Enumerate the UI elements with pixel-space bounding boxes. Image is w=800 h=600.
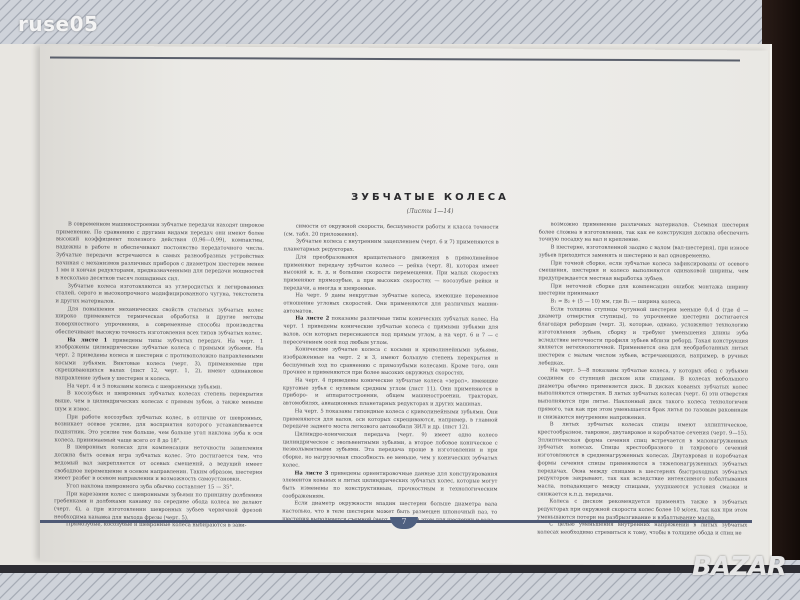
- text-column-2: симости от окружной скорости, бесшумност…: [282, 223, 499, 525]
- paragraph: В шестерне, изготовленной заодно с валом…: [539, 245, 749, 262]
- paragraph: На черт. 9 даны некруглые зубчатые колес…: [283, 293, 498, 317]
- paragraph: возможно применение различных материалов…: [539, 221, 749, 245]
- paragraph: В современном машиностроении зубчатые пе…: [56, 221, 264, 284]
- paragraph: В шевронных колесах для компенсации нето…: [54, 445, 262, 485]
- paragraph: На черт. 4 приведены конические зубчатые…: [283, 377, 498, 409]
- paragraph: Зубчатые колеса изготовляются из углерод…: [55, 283, 263, 308]
- document-subtitle: (Листы 1—14): [330, 208, 530, 215]
- text-column-3: возможно применение различных материалов…: [537, 221, 749, 538]
- text-column-1: В современном машиностроении зубчатые пе…: [54, 221, 264, 531]
- paragraph: Конические зубчатые колеса с косыми и кр…: [283, 347, 498, 379]
- paragraph: Прямозубые, косозубые и шевронные колеса…: [54, 522, 262, 531]
- paragraph: На черт. 5—8 показаны зубчатые колеса, у…: [538, 368, 748, 423]
- paragraph: На листе 1 приведены типы зубчатых перед…: [55, 337, 263, 385]
- paragraph: При работе косозубых зубчатых колес, в о…: [55, 414, 263, 446]
- watermark-bazar-logo: BAZAR: [692, 552, 786, 582]
- paragraph: Если толщина ступицы чугунной шестерни м…: [538, 306, 748, 369]
- paragraph: На листе 3 приведены ориентировочные дан…: [282, 470, 497, 502]
- paragraph: При неточной сборке для компенсации ошиб…: [538, 283, 748, 300]
- paragraph: В литых зубчатых колесах спицы имеют элл…: [537, 422, 747, 500]
- watermark-ruse05: ruse05: [18, 12, 98, 36]
- paragraph: На черт. 5 показаны гипоидные колеса с к…: [283, 408, 498, 432]
- paragraph: С целью уменьшения внутренних напряжений…: [537, 522, 747, 539]
- page-number: 7: [401, 517, 406, 526]
- paragraph: Цилиндро-коническая передача (черт. 9) и…: [282, 431, 497, 471]
- paragraph: На листе 2 показаны различные типы конич…: [283, 316, 498, 348]
- document-title: ЗУБЧАТЫЕ КОЛЕСА: [330, 192, 530, 203]
- page-bottom-shadow: [0, 565, 800, 573]
- paragraph: Для повышения механических свойств сталь…: [55, 306, 263, 338]
- paragraph: В косозубых и шевронных зубчатых колесах…: [55, 391, 263, 416]
- paragraph: При нарезании колес с шевронными зубьями…: [54, 491, 262, 523]
- paragraph: симости от окружной скорости, бесшумност…: [284, 223, 499, 240]
- paragraph: Зубчатые колеса с внутренним зацеплением…: [284, 239, 499, 256]
- paragraph: При точной сборке, если зубчатые колеса …: [539, 260, 749, 284]
- paragraph: Для преобразования вращательного движени…: [283, 254, 498, 294]
